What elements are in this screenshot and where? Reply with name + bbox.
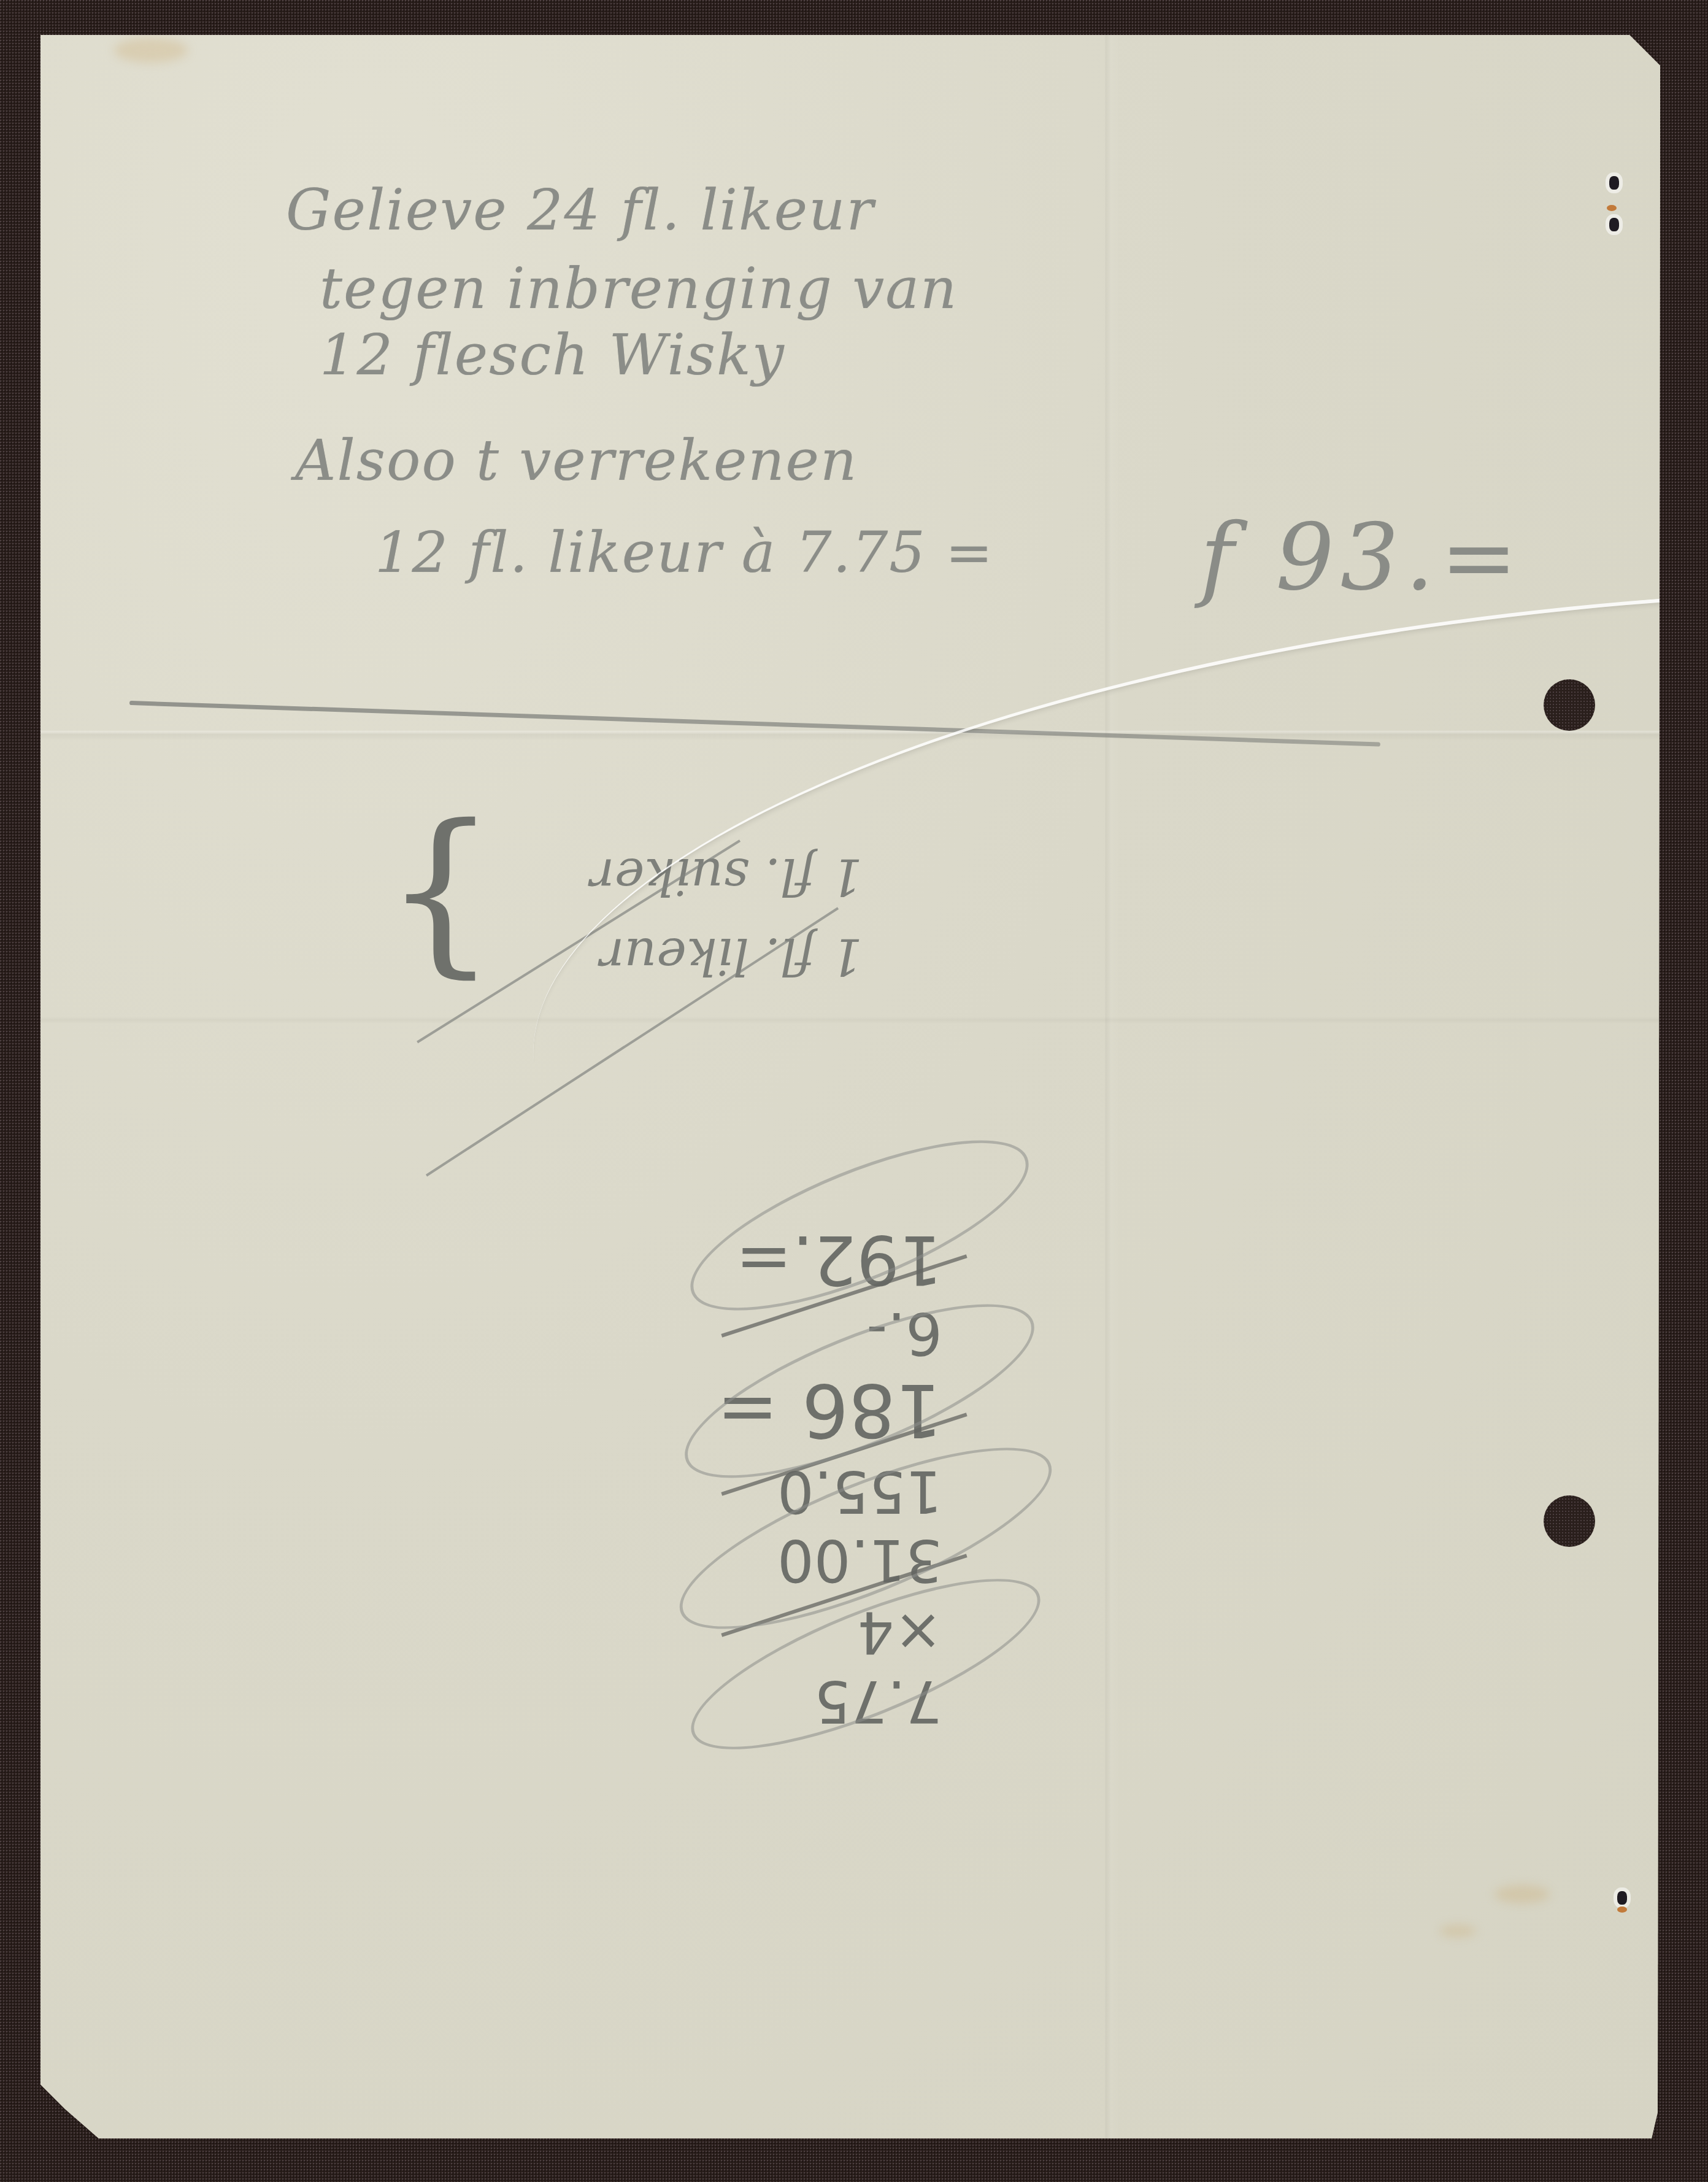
note-line-5: 12 fl. likeur à 7.75 = [375, 520, 994, 585]
note-line-4: Alsoo t verrekenen [295, 428, 858, 493]
staple-mark [1609, 176, 1619, 190]
age-stain [1439, 1925, 1476, 1937]
note-line-2: tegen inbrenging van [320, 256, 958, 322]
rust-mark [1617, 1906, 1627, 1913]
age-stain [1494, 1885, 1550, 1903]
letter-sheet: Gelieve 24 fl. likeur tegen inbrenging v… [40, 35, 1660, 2138]
brace-glyph: } [384, 817, 498, 995]
note-line-3: 12 flesch Wisky [320, 322, 785, 388]
staple-mark [1609, 218, 1619, 231]
total-amount: f 93.= [1200, 504, 1523, 611]
staple-mark [1617, 1891, 1627, 1905]
rust-mark [1607, 205, 1617, 211]
age-stain [114, 38, 188, 63]
note-line-1: Gelieve 24 fl. likeur [286, 177, 874, 243]
punch-hole-top [1544, 679, 1595, 731]
punch-hole-bottom [1544, 1495, 1595, 1547]
scribbled-calculation: 7.75 ×4 31.00 155.0 186 = 6.- 192.= [666, 1097, 1065, 1735]
